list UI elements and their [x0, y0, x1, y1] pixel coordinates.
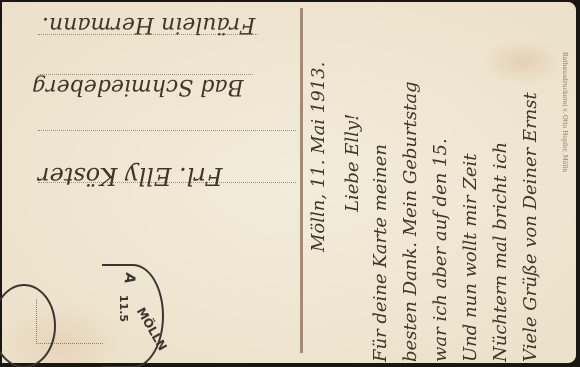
message-line-5: Und nun wollt mir Zeit — [460, 153, 481, 362]
message-line-3: besten Dank. Mein Geburtstag — [400, 81, 421, 362]
message-line-7: Viele Grüße von Deiner Ernst — [520, 92, 541, 362]
printer-imprint: Rathausdruckerei v. Otto Hopfer, Mölln — [561, 52, 568, 172]
address-text-1: Fräulein Hermann. — [42, 12, 255, 37]
address-text-2: Bad Schmiedeberg — [32, 74, 244, 99]
postmark-letter: A — [121, 271, 139, 284]
center-divider — [300, 8, 303, 353]
address-line-3 — [38, 130, 296, 131]
message-date: Mölln, 11. Mai 1913. — [308, 62, 329, 252]
address-text-3: Frl. Elly Köster — [38, 162, 223, 190]
message-line-2: Für deine Karte meinen — [370, 144, 391, 362]
postmark-date: 11.5 — [117, 295, 130, 322]
message-line-4: war ich aber auf den 15. — [430, 138, 451, 362]
message-line-1: Liebe Elly! — [342, 114, 363, 212]
postmark-partial — [0, 284, 56, 367]
postcard: Fräulein Hermann. Bad Schmiedeberg Frl. … — [2, 2, 576, 363]
message-line-6: Nüchtern mal bricht ich — [490, 142, 511, 362]
